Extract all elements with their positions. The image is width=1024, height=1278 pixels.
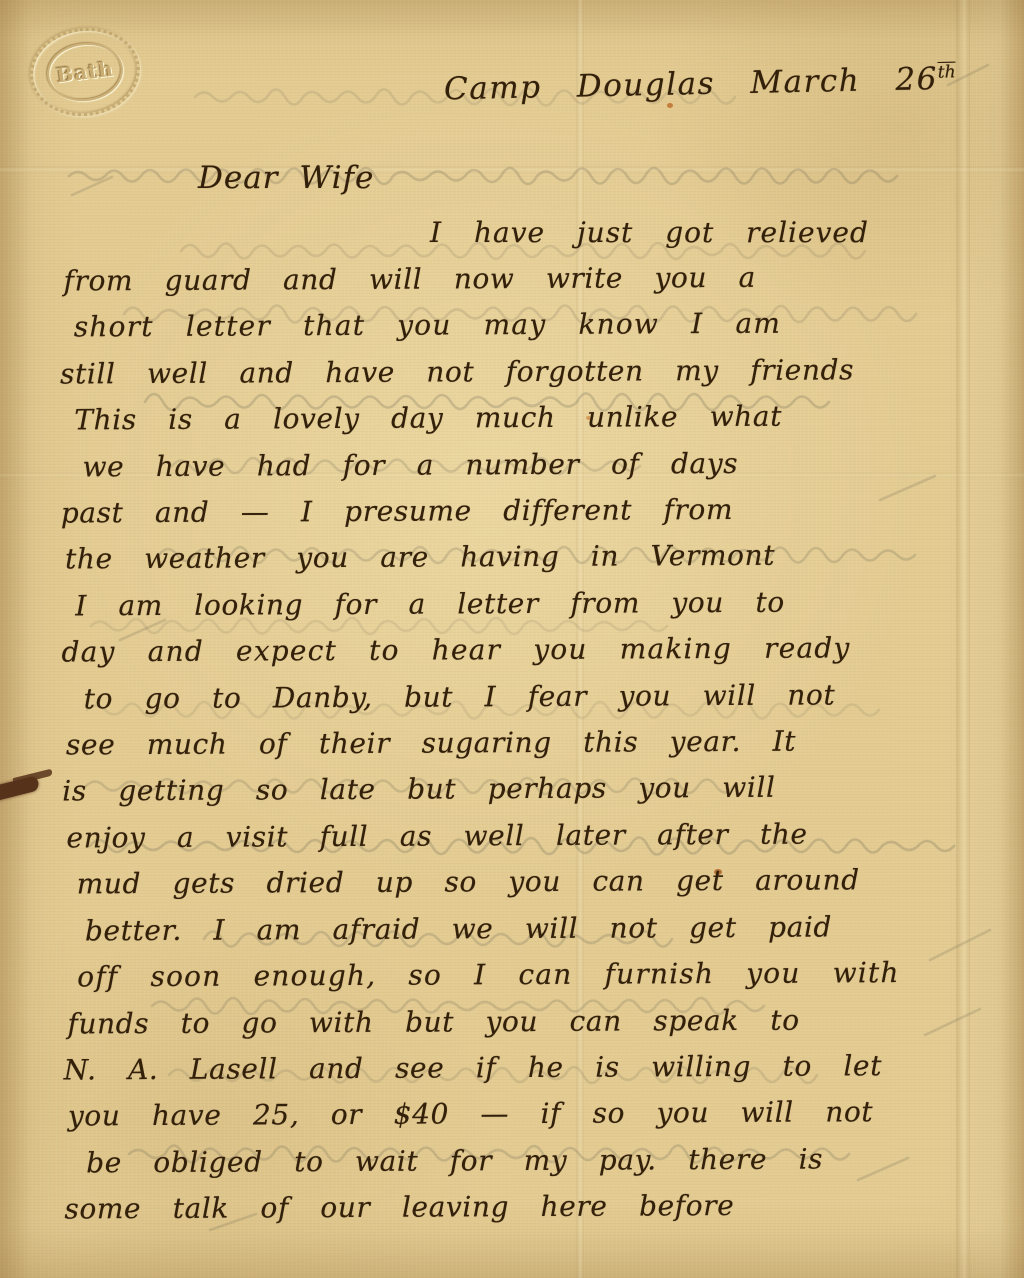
opening-line: I have just got relieved — [430, 216, 869, 249]
letter-line: funds to go with but you can speak to — [67, 996, 997, 1047]
letter-line: is getting so late but perhaps you will — [62, 764, 996, 815]
letter-line: still well and have not forgotten my fri… — [60, 346, 994, 397]
salutation: Dear Wife — [198, 160, 374, 196]
letter-line: enjoy a visit full as well later after t… — [66, 810, 996, 861]
letter-line: see much of their sugaring this year. It — [66, 718, 996, 769]
letter-line: off soon enough, so I can furnish you wi… — [77, 950, 997, 1001]
letter-body: from guard and will now write you a shor… — [63, 254, 998, 1233]
embossed-paper-stamp: Bath — [25, 22, 145, 123]
letter-line: short letter that you may know I am — [74, 300, 994, 351]
dateline-superscript: th — [938, 62, 956, 82]
letter-line: mud gets dried up so you can get around — [77, 857, 997, 908]
letter-line: N. A. Lasell and see if he is willing to… — [64, 1042, 998, 1093]
letter-line: better. I am afraid we will not get paid — [85, 903, 997, 954]
letter-line: day and expect to hear you making ready — [61, 625, 995, 676]
letter-line: we have had for a number of days — [82, 439, 994, 490]
letter-line: This is a lovely day much unlike what — [74, 393, 994, 444]
letter-line: some talk of our leaving here before — [64, 1182, 998, 1233]
stamp-text: Bath — [55, 57, 115, 88]
stain-dot — [667, 103, 673, 108]
letter-line: the weather you are having in Vermont — [65, 532, 995, 583]
letter-line: you have 25, or $40 — if so you will not — [68, 1089, 998, 1140]
letter-line: from guard and will now write you a — [63, 254, 993, 305]
letter-line: past and — I presume different from — [61, 486, 995, 537]
letter-line: be obliged to wait for my pay. there is — [86, 1135, 998, 1186]
letter-line: I am looking for a letter from you to — [75, 578, 995, 629]
letter-line: to go to Danby, but I fear you will not — [84, 671, 996, 722]
